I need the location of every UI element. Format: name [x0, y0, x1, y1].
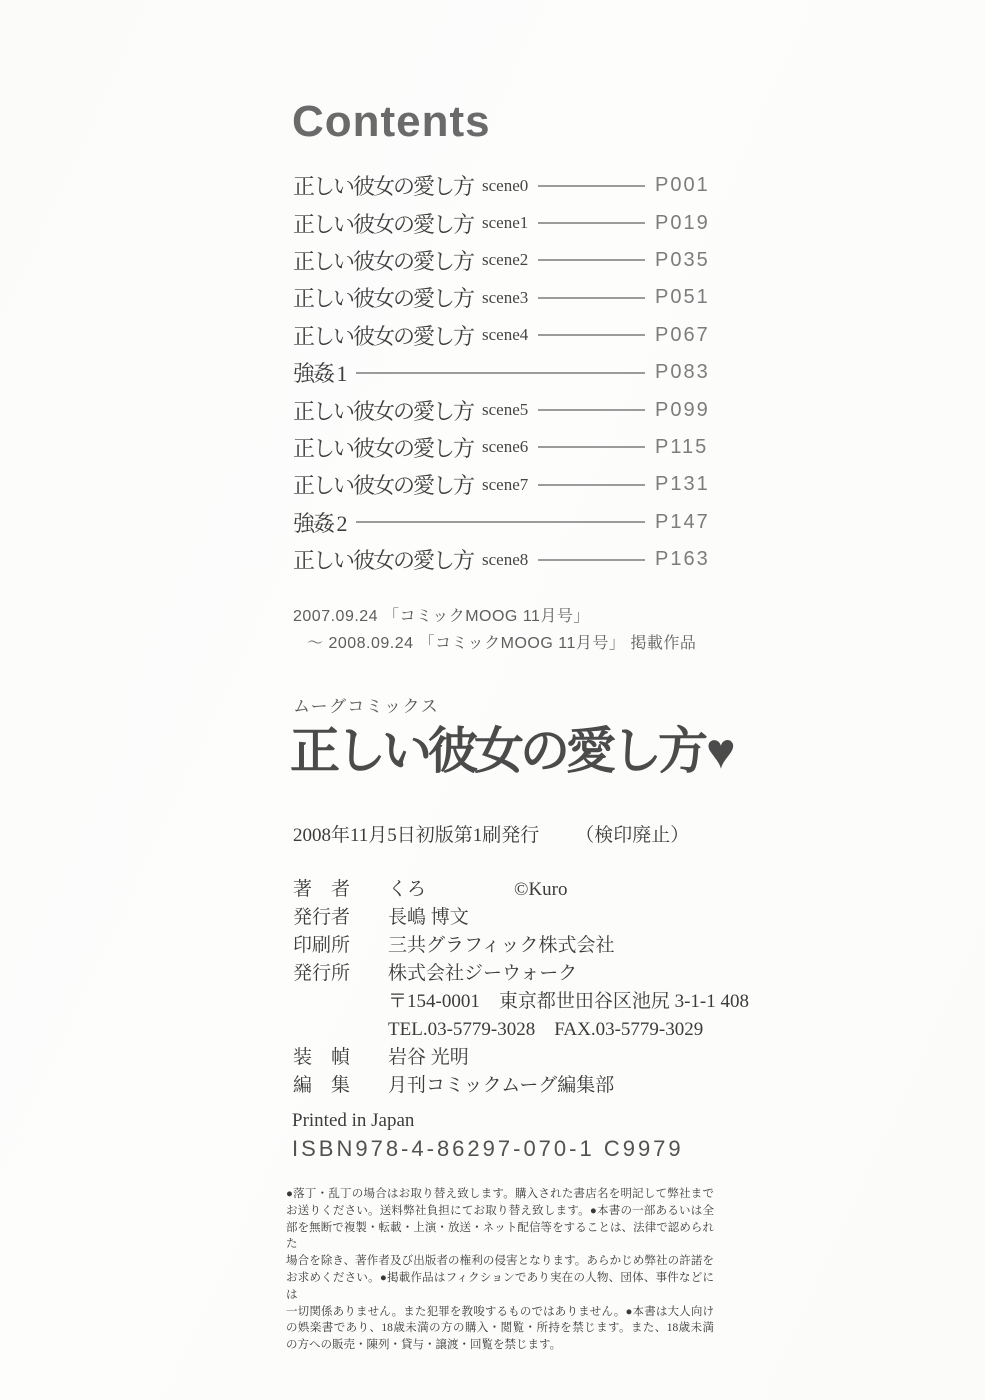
- toc-entry-scene: scene0: [482, 176, 528, 196]
- toc-entry-title: 正しい彼女の愛し方: [293, 469, 473, 500]
- copyright-note: ©Kuro: [514, 876, 567, 904]
- serialization-end: ～ 2008.09.24 「コミックMOOG 11月号」 掲載作品: [293, 630, 696, 657]
- leader-line: [538, 446, 645, 448]
- credit-label: 印刷所: [293, 932, 388, 960]
- leader-line: [538, 185, 645, 187]
- toc-row: 正しい彼女の愛し方scene0 P001: [293, 167, 713, 204]
- toc-page-number: P001: [655, 174, 713, 197]
- credit-label: 編 集: [293, 1072, 388, 1100]
- toc-entry-scene: scene2: [482, 250, 528, 270]
- toc-row: 正しい彼女の愛し方scene7 P131: [293, 466, 713, 503]
- isbn-code: ISBN978-4-86297-070-1 C9979: [292, 1136, 684, 1162]
- credit-value: 岩谷 光明: [388, 1044, 469, 1072]
- credit-label: 発行所: [293, 960, 388, 988]
- legal-line: 部を無断で複製・転載・上演・放送・ネット配信等をすることは、法律で認められた: [286, 1220, 714, 1254]
- legal-line: ●落丁・乱丁の場合はお取り替え致します。購入された書店名を明記して弊社まで: [286, 1186, 714, 1203]
- printed-in-japan: Printed in Japan: [292, 1110, 414, 1132]
- toc-entry-title: 正しい彼女の愛し方: [293, 208, 473, 239]
- legal-line: 場合を除き、著作者及び出版者の権利の侵害となります。あらかじめ弊社の許諾を: [286, 1253, 714, 1270]
- credit-value: 長嶋 博文: [388, 904, 469, 932]
- credit-label: 発行者: [293, 904, 388, 932]
- contents-heading: Contents: [292, 97, 491, 147]
- edition-date: 2008年11月5日初版第1刷発行: [293, 825, 539, 846]
- credit-value: 三共グラフィック株式会社: [388, 932, 614, 960]
- toc-page-number: P131: [655, 473, 713, 496]
- leader-line: [538, 559, 645, 561]
- credit-row-author: 著 者 くろ ©Kuro: [293, 876, 749, 904]
- credit-row-editor: 編 集 月刊コミックムーグ編集部: [293, 1072, 749, 1100]
- credit-row-publishing-house: 発行所 株式会社ジーウォーク: [293, 960, 749, 988]
- toc-entry-scene: scene4: [482, 325, 528, 345]
- toc-row: 正しい彼女の愛し方scene3 P051: [293, 279, 713, 316]
- colophon-page: Contents 正しい彼女の愛し方scene0 P001 正しい彼女の愛し方s…: [0, 0, 985, 1400]
- credit-row-designer: 装 幀 岩谷 光明: [293, 1044, 749, 1072]
- toc-row: 強姦 2 P147: [293, 504, 713, 541]
- toc-page-number: P067: [655, 324, 713, 347]
- credit-row-phone: TEL.03-5779-3028 FAX.03-5779-3029: [293, 1016, 749, 1044]
- legal-fine-print: ●落丁・乱丁の場合はお取り替え致します。購入された書店名を明記して弊社まで お送…: [286, 1186, 714, 1354]
- book-title: 正しい彼女の愛し方♥: [290, 711, 736, 783]
- leader-line: [538, 334, 645, 336]
- leader-line: [356, 521, 645, 523]
- toc-page-number: P019: [655, 212, 713, 235]
- legal-line: 一切関係ありません。また犯罪を教唆するものではありません。●本書は大人向け: [286, 1304, 714, 1321]
- toc-page-number: P083: [655, 361, 713, 384]
- table-of-contents: 正しい彼女の愛し方scene0 P001 正しい彼女の愛し方scene1 P01…: [293, 167, 713, 578]
- toc-entry-scene: scene5: [482, 400, 528, 420]
- toc-row: 正しい彼女の愛し方scene5 P099: [293, 391, 713, 428]
- toc-row: 正しい彼女の愛し方scene8 P163: [293, 541, 713, 578]
- toc-page-number: P163: [655, 548, 713, 571]
- toc-page-number: P115: [655, 436, 713, 459]
- leader-line: [538, 297, 645, 299]
- credit-label: [293, 988, 388, 1016]
- credit-label: [293, 1016, 388, 1044]
- serialization-start: 2007.09.24 「コミックMOOG 11月号」: [293, 603, 696, 630]
- toc-entry-title: 強姦 1: [293, 357, 346, 388]
- toc-page-number: P035: [655, 249, 713, 272]
- credit-value: くろ: [388, 876, 426, 904]
- toc-entry-scene: scene8: [482, 550, 528, 570]
- credit-label: 装 幀: [293, 1044, 388, 1072]
- credit-label: 著 者: [293, 876, 388, 904]
- legal-line: の娯楽書であり、18歳未満の方の購入・閲覧・所持を禁じます。また、18歳未満: [286, 1320, 714, 1337]
- toc-entry-title: 正しい彼女の愛し方: [293, 432, 473, 463]
- credit-row-publisher-person: 発行者 長嶋 博文: [293, 904, 749, 932]
- credit-value: 株式会社ジーウォーク: [388, 960, 577, 988]
- credits-block: 著 者 くろ ©Kuro 発行者 長嶋 博文 印刷所 三共グラフィック株式会社 …: [293, 876, 749, 1100]
- credit-row-printer: 印刷所 三共グラフィック株式会社: [293, 932, 749, 960]
- toc-row: 正しい彼女の愛し方scene6 P115: [293, 429, 713, 466]
- toc-page-number: P099: [655, 399, 713, 422]
- toc-page-number: P147: [655, 511, 713, 534]
- toc-row: 正しい彼女の愛し方scene4 P067: [293, 317, 713, 354]
- publisher-phone-fax: TEL.03-5779-3028 FAX.03-5779-3029: [388, 1016, 703, 1044]
- toc-page-number: P051: [655, 286, 713, 309]
- toc-entry-title: 正しい彼女の愛し方: [293, 282, 473, 313]
- toc-entry-scene: scene7: [482, 475, 528, 495]
- edition-note: （検印廃止）: [575, 825, 689, 846]
- toc-entry-title: 正しい彼女の愛し方: [293, 320, 473, 351]
- toc-entry-scene: scene3: [482, 288, 528, 308]
- publisher-address: 〒154-0001 東京都世田谷区池尻 3-1-1 408: [388, 988, 749, 1016]
- toc-entry-title: 正しい彼女の愛し方: [293, 395, 473, 426]
- leader-line: [538, 259, 645, 261]
- leader-line: [538, 222, 645, 224]
- credit-row-address: 〒154-0001 東京都世田谷区池尻 3-1-1 408: [293, 988, 749, 1016]
- legal-line: の方への販売・陳列・貸与・譲渡・回覧を禁じます。: [286, 1337, 714, 1354]
- edition-line: 2008年11月5日初版第1刷発行（検印廃止）: [293, 820, 689, 847]
- toc-entry-title: 正しい彼女の愛し方: [293, 170, 473, 201]
- legal-line: お送りください。送料弊社負担にてお取り替え致します。●本書の一部あるいは全: [286, 1203, 714, 1220]
- toc-entry-scene: scene1: [482, 213, 528, 233]
- toc-entry-title: 正しい彼女の愛し方: [293, 245, 473, 276]
- leader-line: [538, 409, 645, 411]
- toc-entry-scene: scene6: [482, 437, 528, 457]
- credit-value: 月刊コミックムーグ編集部: [388, 1072, 614, 1100]
- toc-entry-title: 正しい彼女の愛し方: [293, 544, 473, 575]
- leader-line: [538, 484, 645, 486]
- heart-icon: ♥: [706, 723, 736, 779]
- book-title-text: 正しい彼女の愛し方: [290, 723, 704, 779]
- serialization-note: 2007.09.24 「コミックMOOG 11月号」 ～ 2008.09.24 …: [293, 603, 696, 657]
- toc-row: 正しい彼女の愛し方scene1 P019: [293, 204, 713, 241]
- toc-entry-title: 強姦 2: [293, 507, 346, 538]
- legal-line: お求めください。●掲載作品はフィクションであり実在の人物、団体、事件などには: [286, 1270, 714, 1304]
- leader-line: [356, 372, 645, 374]
- toc-row: 強姦 1 P083: [293, 354, 713, 391]
- toc-row: 正しい彼女の愛し方scene2 P035: [293, 242, 713, 279]
